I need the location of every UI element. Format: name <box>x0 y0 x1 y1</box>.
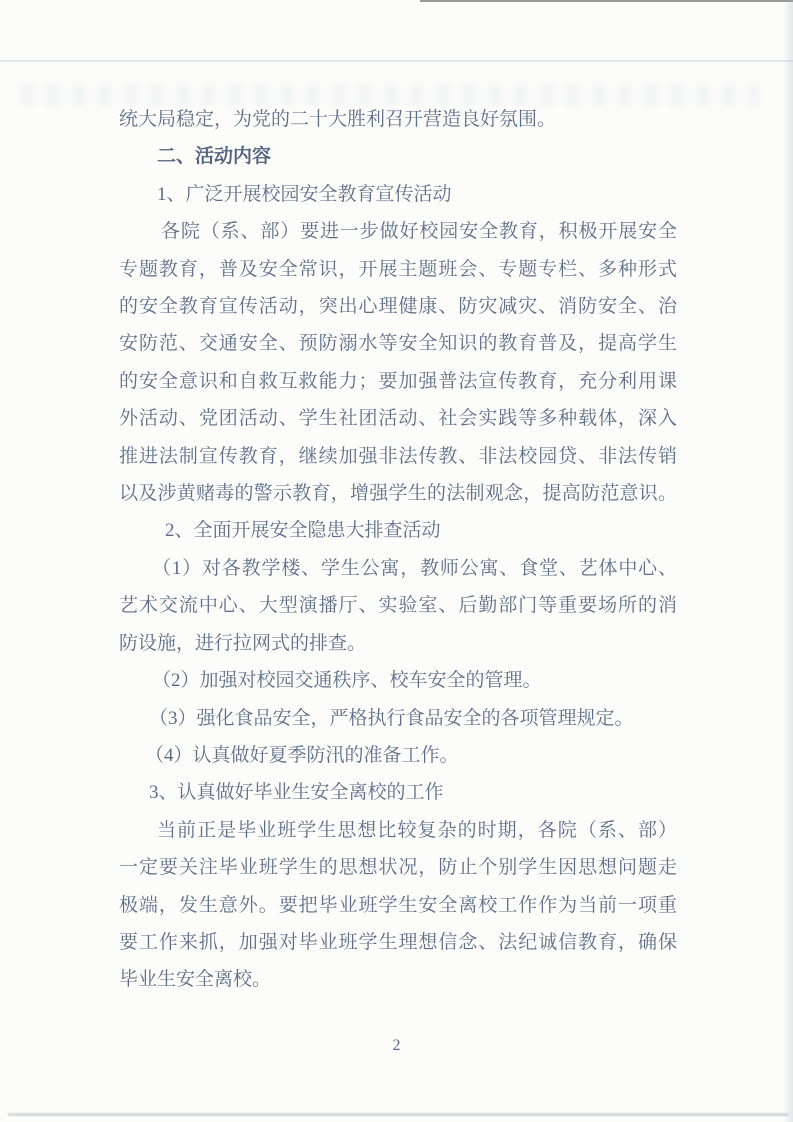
para-line: 一定要关注毕业班学生的思想状况，防止个别学生因思想问题走 <box>119 849 677 886</box>
para-line: 外活动、党团活动、学生社团活动、社会实践等多种载体，深入 <box>119 400 677 437</box>
list-item-line: （1）对各教学楼、学生公寓，教师公寓、食堂、艺体中心、 <box>119 550 677 587</box>
para-line: 极端，发生意外。要把毕业班学生安全离校工作作为当前一项重 <box>119 887 677 924</box>
para-line: 当前正是毕业班学生思想比较复杂的时期，各院（系、部） <box>119 812 677 849</box>
para-line: 艺术交流中心、大型演播厅、实验室、后勤部门等重要场所的消 <box>119 587 677 624</box>
sub-heading: 2、全面开展安全隐患大排查活动 <box>119 512 677 549</box>
document-page: 统大局稳定，为党的二十大胜利召开营造良好氛围。 二、活动内容 1、广泛开展校园安… <box>0 0 793 1122</box>
para-line: 毕业生安全离校。 <box>119 961 677 998</box>
para-line: 统大局稳定，为党的二十大胜利召开营造良好氛围。 <box>119 101 677 138</box>
document-body: 统大局稳定，为党的二十大胜利召开营造良好氛围。 二、活动内容 1、广泛开展校园安… <box>119 101 677 999</box>
scan-artifact-bottom-edge <box>8 1113 788 1116</box>
list-item-line: （3）强化食品安全，严格执行食品安全的各项管理规定。 <box>119 700 677 737</box>
scan-artifact-upper-band <box>0 60 793 62</box>
section-heading: 二、活动内容 <box>119 138 677 175</box>
scan-artifact-right-shadow <box>783 0 793 1122</box>
para-line: 的安全意识和自救互救能力；要加强普法宣传教育，充分利用课 <box>119 363 677 400</box>
para-line: 安防范、交通安全、预防溺水等安全知识的教育普及，提高学生 <box>119 325 677 362</box>
sub-heading: 3、认真做好毕业生安全离校的工作 <box>119 774 677 811</box>
para-line: 推进法制宣传教育，继续加强非法传教、非法校园贷、非法传销 <box>119 438 677 475</box>
list-item-line: （2）加强对校园交通秩序、校车安全的管理。 <box>119 662 677 699</box>
page-number: 2 <box>0 1037 793 1055</box>
para-line: 专题教育，普及安全常识，开展主题班会、专题专栏、多种形式 <box>119 251 677 288</box>
para-line: 防设施，进行拉网式的排查。 <box>119 625 677 662</box>
para-line: 以及涉黄赌毒的警示教育，增强学生的法制观念，提高防范意识。 <box>119 475 677 512</box>
scan-artifact-top-edge <box>420 0 793 2</box>
para-line: 要工作来抓，加强对毕业班学生理想信念、法纪诚信教育，确保 <box>119 924 677 961</box>
para-line: 的安全教育宣传活动，突出心理健康、防灾减灾、消防安全、治 <box>119 288 677 325</box>
list-item-line: （4）认真做好夏季防汛的准备工作。 <box>119 737 677 774</box>
para-line: 各院（系、部）要进一步做好校园安全教育，积极开展安全 <box>119 213 677 250</box>
sub-heading: 1、广泛开展校园安全教育宣传活动 <box>119 176 677 213</box>
